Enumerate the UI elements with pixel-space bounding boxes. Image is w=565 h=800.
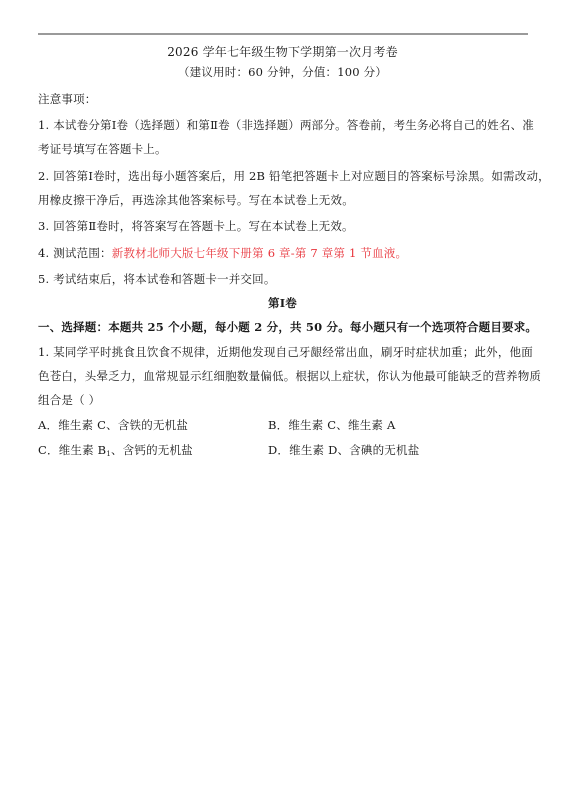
notice-1-line-1: 1. 本试卷分第Ⅰ卷（选择题）和第Ⅱ卷（非选择题）两部分。答卷前，考生务必将自己…	[38, 118, 534, 132]
notice-heading: 注意事项：	[38, 92, 97, 106]
notice-4-prefix: 4. 测试范围：	[38, 246, 112, 260]
exam-title: 2026 学年七年级生物下学期第一次月考卷	[0, 45, 565, 59]
q1-stem-line-1: 1. 某同学平时挑食且饮食不规律，近期他发现自己牙龈经常出血，刷牙时症状加重；此…	[38, 345, 533, 359]
q1-option-c-post: 、含钙的无机盐	[111, 443, 193, 457]
header-rule	[38, 33, 528, 35]
section-title: 第Ⅰ卷	[0, 296, 565, 310]
notice-2-line-1: 2. 回答第Ⅰ卷时，选出每小题答案后，用 2B 铅笔把答题卡上对应题目的答案标号…	[38, 169, 550, 183]
notice-4: 4. 测试范围：新教材北师大版七年级下册第 6 章-第 7 章第 1 节血液。	[38, 246, 407, 260]
notice-1-line-2: 考证号填写在答题卡上。	[38, 142, 167, 156]
notice-3: 3. 回答第Ⅱ卷时，将答案写在答题卡上。写在本试卷上无效。	[38, 219, 354, 233]
q1-stem-line-2: 色苍白，头晕乏力，血常规显示红细胞数量偏低。根据以上症状，你认为他最可能缺乏的营…	[38, 369, 541, 383]
q1-option-d: D．维生素 D、含碘的无机盐	[268, 443, 419, 457]
q1-option-b: B．维生素 C、维生素 A	[268, 418, 395, 432]
notice-2-line-2: 用橡皮擦干净后，再选涂其他答案标号。写在本试卷上无效。	[38, 193, 354, 207]
q1-option-c: C．维生素 B1、含钙的无机盐	[38, 443, 193, 461]
test-scope-highlight: 新教材北师大版七年级下册第 6 章-第 7 章第 1 节血液。	[112, 246, 407, 260]
q1-option-a: A．维生素 C、含铁的无机盐	[38, 418, 188, 432]
q1-option-c-pre: C．维生素 B	[38, 443, 106, 457]
notice-5: 5. 考试结束后，将本试卷和答题卡一并交回。	[38, 272, 276, 286]
exam-subtitle: （建议用时：60 分钟，分值：100 分）	[0, 65, 565, 79]
q1-stem-line-3: 组合是（ ）	[38, 393, 100, 407]
section-instruction: 一、选择题：本题共 25 个小题，每小题 2 分，共 50 分。每小题只有一个选…	[38, 320, 537, 334]
